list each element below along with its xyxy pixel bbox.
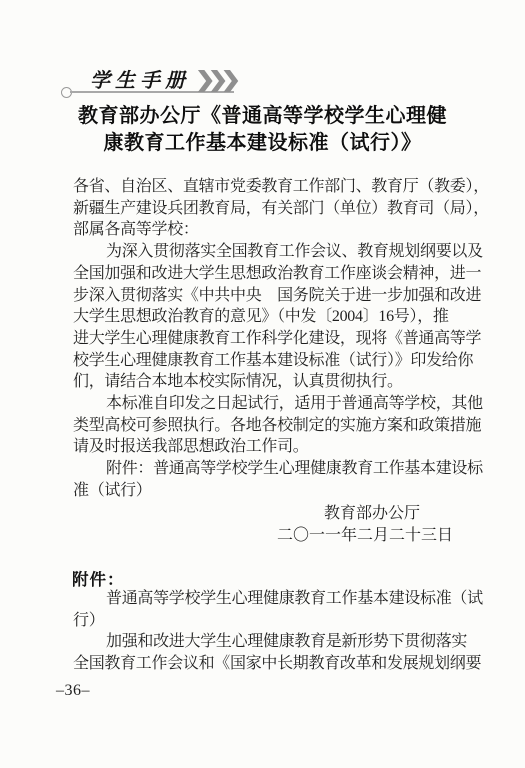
body-line: 为深入贯彻落实全国教育工作会议、教育规划纲要以及: [73, 241, 469, 263]
body-line: 部属各高等学校：: [73, 219, 469, 241]
document-title: 教育部办公厅《普通高等学校学生心理健 康教育工作基本建设标准（试行）》: [40, 103, 485, 157]
attachment-heading: 附件：: [72, 566, 125, 590]
body-line: 类型高校可参照执行。各地各校制定的实施方案和政策措施: [73, 415, 469, 437]
body-line: 请及时报送我部思想政治工作司。: [73, 436, 469, 458]
body-line: 新疆生产建设兵团教育局，有关部门（单位）教育司（局），: [73, 198, 469, 220]
letter-body: 各省、自治区、直辖市党委教育工作部门、教育厅（教委）， 新疆生产建设兵团教育局，…: [73, 176, 469, 502]
signature-date: 二〇一一年二月二十三日: [73, 525, 469, 547]
body-line: 步深入贯彻落实《中共中央 国务院关于进一步加强和改进: [73, 285, 469, 307]
signature-org: 教育部办公厅: [73, 503, 469, 525]
attachment-line: 加强和改进大学生心理健康教育是新形势下贯彻落实: [73, 631, 469, 653]
document-title-line2: 康教育工作基本建设标准（试行）》: [40, 130, 485, 157]
body-line: 们，请结合本地本校实际情况，认真贯彻执行。: [73, 371, 469, 393]
scanned-document-page: 学生手册 教育部办公厅《普通高等学校学生心理健 康教育工作基本建设标准（试行）》…: [0, 0, 525, 768]
body-line: 全国加强和改进大学生思想政治教育工作座谈会精神，进一: [73, 263, 469, 285]
signature-block: 教育部办公厅 二〇一一年二月二十三日: [73, 503, 469, 546]
body-line: 准（试行）: [73, 480, 469, 502]
attachment-line: 普通高等学校学生心理健康教育工作基本建设标准（试: [73, 588, 469, 610]
handbook-title: 学生手册: [90, 64, 190, 93]
page-number: –36–: [56, 682, 90, 700]
body-line: 校学生心理健康教育工作基本建设标准（试行）》印发给你: [73, 350, 469, 372]
attachment-line: 全国教育工作会议和《国家中长期教育改革和发展规划纲要: [73, 653, 469, 675]
body-line: 进大学生心理健康教育工作科学化建设，现将《普通高等学: [73, 328, 469, 350]
attachment-body: 普通高等学校学生心理健康教育工作基本建设标准（试 行） 加强和改进大学生心理健康…: [73, 588, 469, 675]
body-line: 各省、自治区、直辖市党委教育工作部门、教育厅（教委），: [73, 176, 469, 198]
attachment-line: 行）: [73, 610, 469, 632]
body-line: 本标准自印发之日起试行，适用于普通高等学校，其他: [73, 393, 469, 415]
document-title-line1: 教育部办公厅《普通高等学校学生心理健: [40, 103, 485, 130]
body-line: 大学生思想政治教育的意见》（中发〔2004〕16号），推: [73, 306, 469, 328]
triple-chevrons-icon: [197, 70, 241, 92]
body-line: 附件：普通高等学校学生心理健康教育工作基本建设标: [73, 458, 469, 480]
